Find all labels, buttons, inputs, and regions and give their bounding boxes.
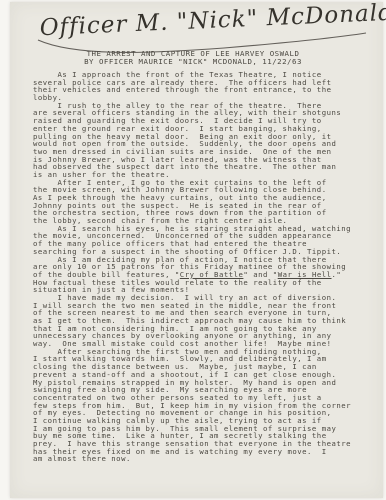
paragraph: I have made my decision. I will try an a…: [33, 294, 373, 348]
paragraph: As I am deciding my plan of action, I no…: [33, 256, 373, 294]
paragraph: After searching the first two men and fi…: [33, 348, 373, 463]
document-title: THE ARREST AND CAPTURE OF LEE HARVEY OSW…: [0, 50, 386, 66]
paragraph: As I approach the front of the Texas The…: [33, 71, 373, 102]
paragraph: I rush to the alley to the rear of the t…: [33, 102, 373, 179]
title-line-2: BY OFFICER MAURICE "NICK" MCDONALD, 11/2…: [0, 58, 386, 66]
document-body: As I approach the front of the Texas The…: [33, 71, 373, 463]
scanned-document: { "colors": { "paper": "#eae8e1", "edge"…: [0, 0, 386, 500]
paragraph: As I search his eyes, he is staring stra…: [33, 225, 373, 256]
paragraph: After I enter, I go to the exit curtains…: [33, 179, 373, 225]
